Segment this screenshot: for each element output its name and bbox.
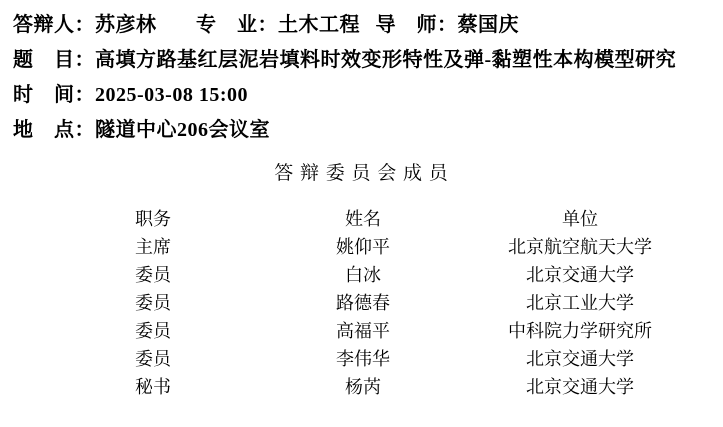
- table-row: 秘书 杨芮 北京交通大学: [60, 373, 680, 401]
- member-role: 秘书: [60, 373, 246, 401]
- table-row: 主席 姚仰平 北京航空航天大学: [60, 233, 680, 261]
- member-role: 委员: [60, 261, 246, 289]
- defense-announcement-page: 答辩人：苏彦林 专 业：土木工程 导 师：蔡国庆 题 目：高填方路基红层泥岩填料…: [0, 0, 723, 427]
- committee-table: 职务 姓名 单位 主席 姚仰平 北京航空航天大学 委员 白冰 北京交通大学 委员…: [60, 205, 680, 401]
- defender-line: 答辩人：苏彦林 专 业：土木工程 导 师：蔡国庆: [13, 8, 723, 43]
- time-label: 时 间：: [13, 84, 95, 106]
- table-row: 委员 白冰 北京交通大学: [60, 261, 680, 289]
- advisor-name: 蔡国庆: [458, 14, 520, 36]
- table-row: 委员 路德春 北京工业大学: [60, 289, 680, 317]
- column-header-role: 职务: [60, 205, 246, 233]
- table-row: 委员 李伟华 北京交通大学: [60, 345, 680, 373]
- column-header-affiliation: 单位: [480, 205, 680, 233]
- member-affiliation: 北京航空航天大学: [480, 233, 680, 261]
- member-affiliation: 北京交通大学: [480, 261, 680, 289]
- major-value: 土木工程: [278, 14, 360, 36]
- announcement-info-block: 答辩人：苏彦林 专 业：土木工程 导 师：蔡国庆 题 目：高填方路基红层泥岩填料…: [0, 0, 723, 148]
- location-value: 隧道中心206会议室: [95, 119, 270, 141]
- defender-name: 苏彦林: [95, 14, 157, 36]
- member-name: 杨芮: [246, 373, 480, 401]
- member-name: 路德春: [246, 289, 480, 317]
- member-role: 委员: [60, 289, 246, 317]
- table-header-row: 职务 姓名 单位: [60, 205, 680, 233]
- location-label: 地 点：: [13, 119, 95, 141]
- member-affiliation: 北京交通大学: [480, 345, 680, 373]
- member-affiliation: 北京交通大学: [480, 373, 680, 401]
- committee-heading: 答 辩 委 员 会 成 员: [0, 160, 723, 188]
- member-role: 主席: [60, 233, 246, 261]
- member-name: 高福平: [246, 317, 480, 345]
- member-role: 委员: [60, 345, 246, 373]
- member-name: 白冰: [246, 261, 480, 289]
- column-header-name: 姓名: [246, 205, 480, 233]
- time-line: 时 间：2025-03-08 15:00: [13, 78, 723, 113]
- major-segment: 专 业：土木工程: [196, 14, 360, 36]
- member-name: 姚仰平: [246, 233, 480, 261]
- thesis-title-value: 高填方路基红层泥岩填料时效变形特性及弹-黏塑性本构模型研究: [95, 49, 676, 71]
- location-line: 地 点：隧道中心206会议室: [13, 113, 723, 148]
- advisor-segment: 导 师：蔡国庆: [376, 14, 520, 36]
- thesis-title-label: 题 目：: [13, 49, 95, 71]
- advisor-label: 导 师：: [376, 14, 458, 36]
- defender-segment: 答辩人：苏彦林: [13, 14, 157, 36]
- member-affiliation: 北京工业大学: [480, 289, 680, 317]
- member-affiliation: 中科院力学研究所: [480, 317, 680, 345]
- thesis-title-line: 题 目：高填方路基红层泥岩填料时效变形特性及弹-黏塑性本构模型研究: [13, 43, 723, 78]
- table-row: 委员 高福平 中科院力学研究所: [60, 317, 680, 345]
- major-label: 专 业：: [196, 14, 278, 36]
- member-name: 李伟华: [246, 345, 480, 373]
- members-body: 主席 姚仰平 北京航空航天大学 委员 白冰 北京交通大学 委员 路德春 北京工业…: [60, 233, 680, 401]
- time-value: 2025-03-08 15:00: [95, 84, 248, 106]
- member-role: 委员: [60, 317, 246, 345]
- defender-label: 答辩人：: [13, 14, 95, 36]
